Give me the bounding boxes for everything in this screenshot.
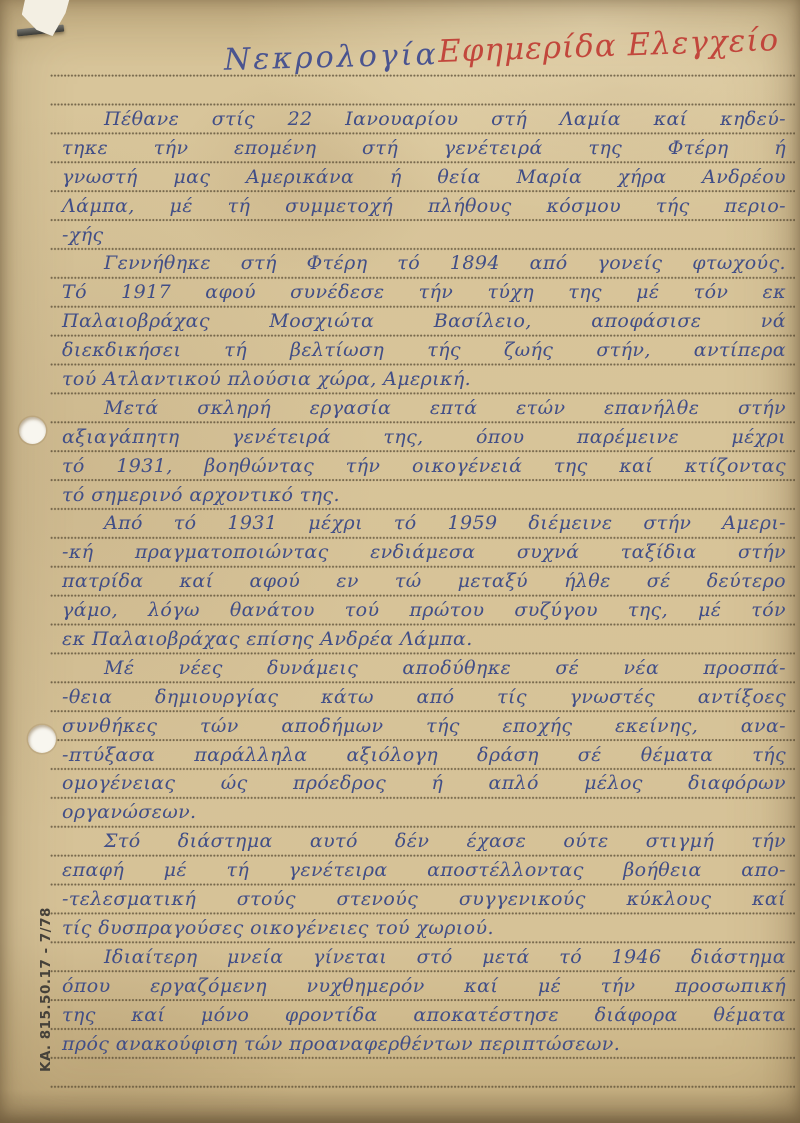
handwritten-line: Πέθανε στίς 22 Ιανουαρίου στή Λαμία καί … <box>62 105 786 134</box>
handwritten-line: Στό διάστημα αυτό δέν έχασε ούτε στιγμή … <box>62 827 786 856</box>
handwritten-line: τίς δυσπραγούσες οικογένειες τού χωριού. <box>62 914 786 943</box>
red-ink-annotation: Εφημερίδα Ελεγχείο <box>437 22 779 70</box>
paragraph: Μέ νέες δυνάμεις αποδύθηκε σέ νέα προσπά… <box>62 654 786 827</box>
punch-hole-top <box>19 417 46 444</box>
punch-hole-bottom <box>28 725 56 753</box>
handwritten-line: διεκδικήσει τή βελτίωση τής ζωής στήν, α… <box>62 336 786 365</box>
handwritten-line: αξιαγάπητη γενέτειρά της, όπου παρέμεινε… <box>62 423 786 452</box>
doc-title: Νεκρολογία <box>224 37 440 78</box>
handwritten-line: της καί μόνο φροντίδα αποκατέστησε διάφο… <box>62 1001 786 1030</box>
handwritten-line: Γεννήθηκε στή Φτέρη τό 1894 από γονείς φ… <box>62 249 786 278</box>
handwritten-line: Μετά σκληρή εργασία επτά ετών επανήλθε σ… <box>62 394 786 423</box>
paragraph: Γεννήθηκε στή Φτέρη τό 1894 από γονείς φ… <box>62 249 786 393</box>
paragraph: Από τό 1931 μέχρι τό 1959 διέμεινε στήν … <box>62 509 786 653</box>
handwritten-line: -θεια δημιουργίας κάτω από τίς γνωστές α… <box>62 683 786 712</box>
paragraph: Μετά σκληρή εργασία επτά ετών επανήλθε σ… <box>62 394 786 510</box>
paragraph: Πέθανε στίς 22 Ιανουαρίου στή Λαμία καί … <box>62 105 786 249</box>
handwritten-line: -τελεσματική στούς στενούς συγγενικούς κ… <box>62 885 786 914</box>
handwritten-line: οργανώσεων. <box>62 798 786 827</box>
handwritten-line: Λάμπα, μέ τή συμμετοχή πλήθους κόσμου τή… <box>62 192 786 221</box>
archive-code: ΚΑ. 815.50.17 - 7/78 <box>38 922 54 1072</box>
handwritten-line: επαφή μέ τή γενέτειρα αποστέλλοντας βοήθ… <box>62 856 786 885</box>
handwritten-line: Παλαιοβράχας Μοσχιώτα Βασίλειο, αποφάσισ… <box>62 307 786 336</box>
handwritten-line: -πτύξασα παράλληλα αξιόλογη δράση σέ θέμ… <box>62 741 786 770</box>
handwritten-line: τό σημερινό αρχοντικό της. <box>62 481 786 510</box>
handwritten-line: τό 1931, βοηθώντας τήν οικογένειά της κα… <box>62 452 786 481</box>
handwritten-line: -κή πραγματοποιώντας ενδιάμεσα συχνά ταξ… <box>62 538 786 567</box>
handwritten-line: πατρίδα καί αφού εν τώ μεταξύ ήλθε σέ δε… <box>62 567 786 596</box>
handwritten-line: Μέ νέες δυνάμεις αποδύθηκε σέ νέα προσπά… <box>62 654 786 683</box>
handwritten-line: εκ Παλαιοβράχας επίσης Ανδρέα Λάμπα. <box>62 625 786 654</box>
manuscript-page: ΚΑ. 815.50.17 - 7/78 Νεκρολογία Εφημερίδ… <box>0 0 800 1123</box>
handwritten-line: γνωστή μας Αμερικάνα ή θεία Μαρία χήρα Α… <box>62 163 786 192</box>
handwritten-line: πρός ανακούφιση τών προαναφερθέντων περι… <box>62 1030 786 1059</box>
handwritten-line: τού Ατλαντικού πλούσια χώρα, Αμερική. <box>62 365 786 394</box>
handwritten-line: συνθήκες τών αποδήμων τής εποχής εκείνης… <box>62 712 786 741</box>
handwritten-line: γάμο, λόγω θανάτου τού πρώτου συζύγου τη… <box>62 596 786 625</box>
handwritten-line: ομογένειας ώς πρόεδρος ή απλό μέλος διαφ… <box>62 769 786 798</box>
handwritten-line: Τό 1917 αφού συνέδεσε τήν τύχη της μέ τό… <box>62 278 786 307</box>
paragraph: Ιδιαίτερη μνεία γίνεται στό μετά τό 1946… <box>62 943 786 1059</box>
handwritten-line: -χής <box>62 221 786 250</box>
manuscript: Πέθανε στίς 22 Ιανουαρίου στή Λαμία καί … <box>62 105 786 1058</box>
handwritten-line: Από τό 1931 μέχρι τό 1959 διέμεινε στήν … <box>62 509 786 538</box>
handwritten-line: τηκε τήν επομένη στή γενέτειρά της Φτέρη… <box>62 134 786 163</box>
paragraph: Στό διάστημα αυτό δέν έχασε ούτε στιγμή … <box>62 827 786 943</box>
handwritten-line: όπου εργαζόμενη νυχθημερόν καί μέ τήν πρ… <box>62 972 786 1001</box>
handwritten-line: Ιδιαίτερη μνεία γίνεται στό μετά τό 1946… <box>62 943 786 972</box>
